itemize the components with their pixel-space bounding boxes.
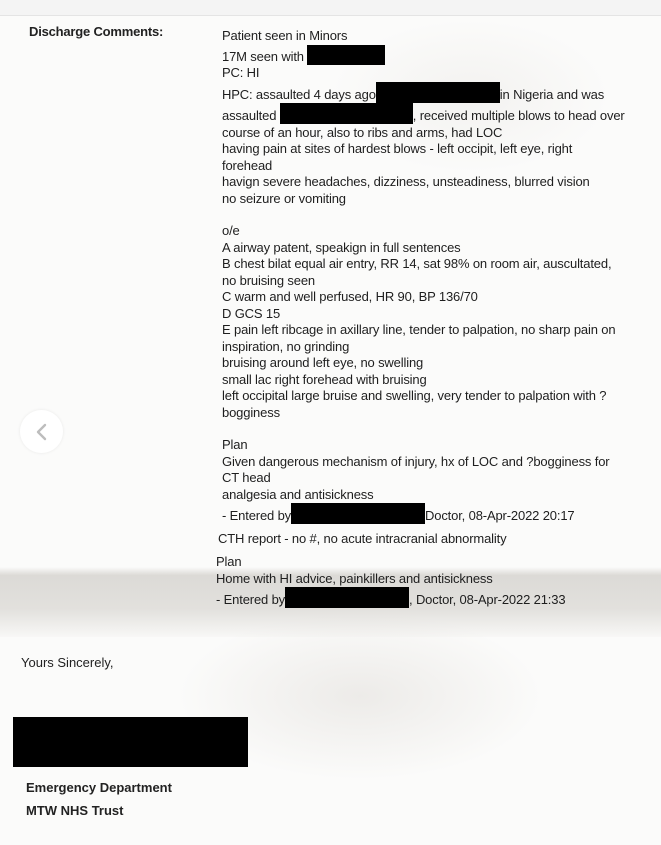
comment-line: havign severe headaches, dizziness, unst… — [222, 174, 652, 191]
redaction-box — [285, 587, 409, 608]
redaction-box — [280, 103, 413, 124]
comment-text: HPC: assaulted 4 days ago — [222, 87, 376, 102]
plan-line: analgesia and antisickness — [222, 487, 652, 504]
oe-line: E pain left ribcage in axillary line, te… — [222, 322, 652, 339]
oe-line: left occipital large bruise and swelling… — [222, 388, 652, 405]
comment-line: no seizure or vomiting — [222, 191, 652, 208]
oe-line: bogginess — [222, 405, 652, 422]
comment-text: assaulted — [222, 108, 276, 123]
plan-line: Given dangerous mechanism of injury, hx … — [222, 454, 652, 471]
oe-line: D GCS 15 — [222, 306, 652, 323]
entry-text: - Entered by — [216, 592, 285, 607]
redaction-box — [291, 503, 425, 524]
chevron-left-icon — [35, 423, 49, 441]
oe-line: inspiration, no grinding — [222, 339, 652, 356]
oe-heading: o/e — [222, 223, 652, 240]
comment-text: in Nigeria and was — [500, 87, 604, 102]
viewer-top-strip — [0, 0, 661, 16]
signature-redaction-box — [13, 717, 248, 767]
comment-line: forehead — [222, 158, 652, 175]
entered-by-line: - Entered byDoctor, 08-Apr-2022 20:17 — [222, 503, 652, 525]
comment-line: assaulted , received multiple blows to h… — [222, 103, 652, 125]
entry-text: - Entered by — [222, 508, 291, 523]
discharge-comments-body: Patient seen in Minors 17M seen with PC:… — [222, 28, 652, 609]
cth-report: CTH report - no #, no acute intracranial… — [218, 531, 652, 548]
comment-line: course of an hour, also to ribs and arms… — [222, 125, 652, 142]
oe-line: small lac right forehead with bruising — [222, 372, 652, 389]
comment-line: PC: HI — [222, 65, 652, 82]
entry-timestamp: Doctor, 08-Apr-2022 20:17 — [425, 508, 574, 523]
oe-line: A airway patent, speakign in full senten… — [222, 240, 652, 257]
plan-line: CT head — [222, 470, 652, 487]
plan-heading: Plan — [216, 554, 652, 571]
comment-line: having pain at sites of hardest blows - … — [222, 141, 652, 158]
plan-heading: Plan — [222, 437, 652, 454]
trust-name: MTW NHS Trust — [26, 799, 172, 822]
plan-line: Home with HI advice, painkillers and ant… — [216, 571, 652, 588]
discharge-comments-label: Discharge Comments: — [29, 24, 163, 39]
entry-timestamp: , Doctor, 08-Apr-2022 21:33 — [409, 592, 565, 607]
comment-line: Patient seen in Minors — [222, 28, 652, 45]
carousel-prev-button[interactable] — [20, 410, 63, 453]
comment-text: 17M seen with — [222, 49, 304, 64]
comment-line: HPC: assaulted 4 days agoin Nigeria and … — [222, 82, 652, 104]
entered-by-line: - Entered by, Doctor, 08-Apr-2022 21:33 — [216, 587, 652, 609]
closing-salutation: Yours Sincerely, — [21, 655, 114, 670]
oe-line: no bruising seen — [222, 273, 652, 290]
oe-line: bruising around left eye, no swelling — [222, 355, 652, 372]
oe-line: C warm and well perfused, HR 90, BP 136/… — [222, 289, 652, 306]
redaction-box — [376, 82, 500, 103]
department-name: Emergency Department — [26, 776, 172, 799]
oe-line: B chest bilat equal air entry, RR 14, sa… — [222, 256, 652, 273]
comment-line: 17M seen with — [222, 45, 652, 66]
signatory-block: Emergency Department MTW NHS Trust — [26, 776, 172, 822]
redaction-box — [307, 45, 385, 65]
comment-text: , received multiple blows to head over — [413, 108, 625, 123]
